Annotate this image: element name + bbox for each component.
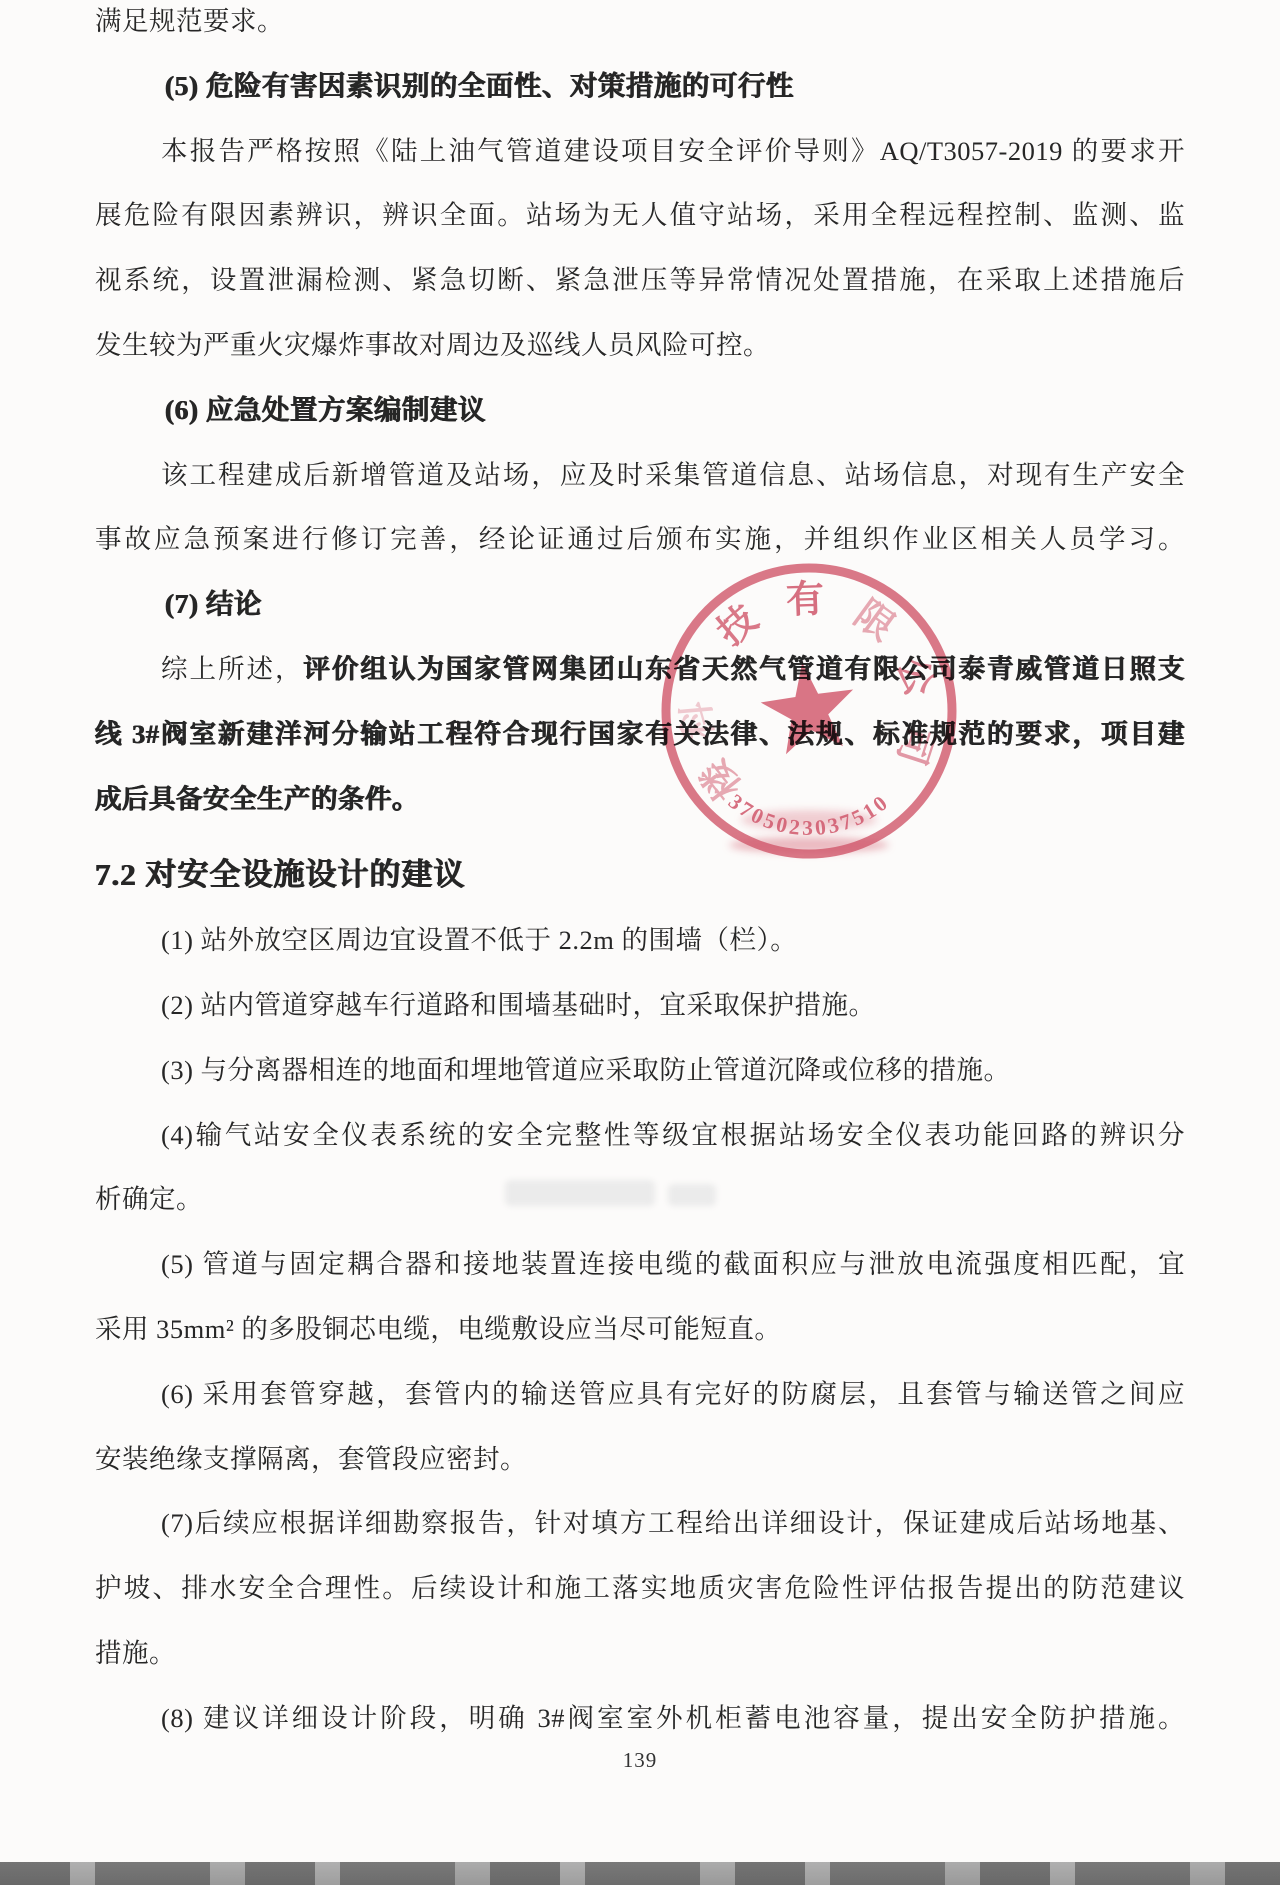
text-line: 线 3#阀室新建洋河分输站工程符合现行国家有关法律、法规、标准规范的要求，项目建 <box>95 717 1185 782</box>
document-body: 满足规范要求。(5) 危险有害因素识别的全面性、对策措施的可行性本报告严格按照《… <box>95 4 1185 1766</box>
stamp-ring-char: 有 <box>785 578 824 621</box>
text-line: 采用 35mm² 的多股铜芯电缆，电缆敷设应当尽可能短直。 <box>95 1312 1185 1377</box>
text-line: (5) 管道与固定耦合器和接地装置连接电缆的截面积应与泄放电流强度相匹配，宜 <box>95 1247 1185 1312</box>
stamp-star-icon <box>761 663 853 755</box>
stamp-ring-char: 限 <box>846 593 901 649</box>
text-line: (1) 站外放空区周边宜设置不低于 2.2m 的围墙（栏）。 <box>95 923 1185 988</box>
stamp-graphic: 楼科技有限公司 3705023037510 <box>657 560 961 862</box>
text-line: 发生较为严重火灾爆炸事故对周边及巡线人员风险可控。 <box>95 328 1185 393</box>
text-line: 成后具备安全生产的条件。 <box>95 782 1185 847</box>
text-line: 7.2 对安全设施设计的建议 <box>95 858 1185 923</box>
text-line: (7) 结论 <box>95 587 1185 652</box>
text-line: (4)输气站安全仪表系统的安全完整性等级宜根据站场安全仪表功能回路的辨识分 <box>95 1118 1185 1183</box>
text-line: 该工程建成后新增管道及站场，应及时采集管道信息、站场信息，对现有生产安全 <box>95 458 1185 523</box>
text-line: 综上所述，评价组认为国家管网集团山东省天然气管道有限公司泰青威管道日照支 <box>95 652 1185 717</box>
text-line: 护坡、排水安全合理性。后续设计和施工落实地质灾害危险性评估报告提出的防范建议 <box>95 1571 1185 1636</box>
text-line: 本报告严格按照《陆上油气管道建设项目安全评价导则》AQ/T3057-2019 的… <box>95 134 1185 199</box>
scan-smudge <box>505 1180 655 1206</box>
text-line: (6) 采用套管穿越，套管内的输送管应具有完好的防腐层，且套管与输送管之间应 <box>95 1377 1185 1442</box>
stamp-ring-char: 司 <box>889 721 941 770</box>
text-line: (6) 应急处置方案编制建议 <box>95 393 1185 458</box>
text-line: 展危险有限因素辨识，辨识全面。站场为无人值守站场，采用全程远程控制、监测、监 <box>95 198 1185 263</box>
text-line: 事故应急预案进行修订完善，经论证通过后颁布实施，并组织作业区相关人员学习。 <box>95 522 1185 587</box>
company-seal-stamp: 楼科技有限公司 3705023037510 <box>657 560 961 862</box>
text-line: 满足规范要求。 <box>95 4 1185 69</box>
body-text: 综上所述， <box>161 654 303 684</box>
scan-smudge <box>668 1184 716 1206</box>
text-line: 安装绝缘支撑隔离，套管段应密封。 <box>95 1442 1185 1507</box>
text-line: (5) 危险有害因素识别的全面性、对策措施的可行性 <box>95 69 1185 134</box>
stamp-ink-smear <box>729 837 889 853</box>
text-line: 措施。 <box>95 1636 1185 1701</box>
scanned-report-page: { "page": { "number": "139", "text_color… <box>0 0 1280 1885</box>
scanner-edge-strip <box>0 1862 1280 1885</box>
page-number: 139 <box>0 1748 1280 1773</box>
text-line: (2) 站内管道穿越车行道路和围墙基础时，宜采取保护措施。 <box>95 988 1185 1053</box>
text-line: (3) 与分离器相连的地面和埋地管道应采取防止管道沉降或位移的措施。 <box>95 1053 1185 1118</box>
stamp-ring-char: 科 <box>676 700 721 742</box>
text-line: 视系统，设置泄漏检测、紧急切断、紧急泄压等异常情况处置措施，在采取上述措施后 <box>95 263 1185 328</box>
stamp-ink-smear <box>741 810 877 830</box>
text-line: (7)后续应根据详细勘察报告，针对填方工程给出详细设计，保证建成后站场地基、 <box>95 1506 1185 1571</box>
stamp-ring-char: 公 <box>889 652 941 701</box>
